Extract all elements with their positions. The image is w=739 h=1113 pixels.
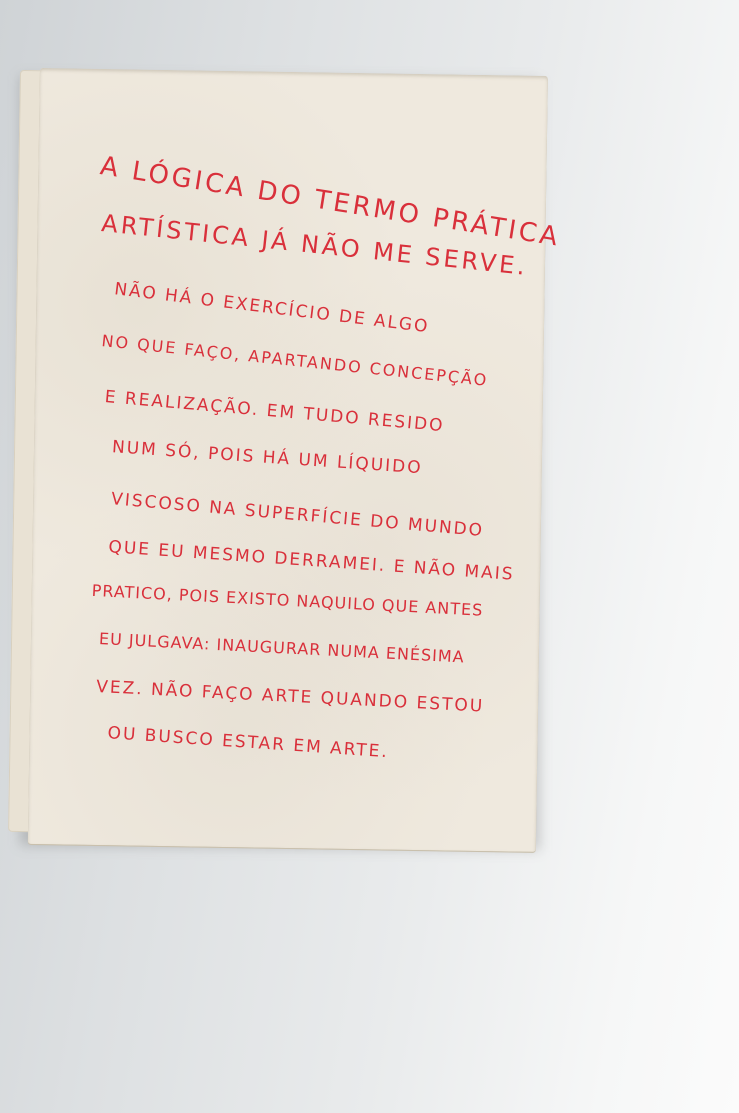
note-body-line: VEZ. NÃO FAÇO ARTE QUANDO ESTOU bbox=[96, 677, 485, 717]
note-body-line: OU BUSCO ESTAR EM ARTE. bbox=[107, 723, 389, 762]
note-body-line: NÃO HÁ O EXERCÍCIO DE ALGO bbox=[113, 279, 430, 337]
booklet-cover: A LÓGICA DO TERMO PRÁTICA ARTÍSTICA JÁ N… bbox=[28, 68, 548, 852]
note-body-line: VISCOSO NA SUPERFÍCIE DO MUNDO bbox=[110, 489, 484, 541]
note-body-line: NO QUE FAÇO, APARTANDO CONCEPÇÃO bbox=[101, 331, 489, 390]
note-body-line: QUE EU MESMO DERRAMEI. E NÃO MAIS bbox=[108, 537, 515, 585]
note-body-line: EU JULGAVA: INAUGURAR NUMA ENÉSIMA bbox=[99, 629, 466, 666]
note-body-line: E REALIZAÇÃO. EM TUDO RESIDO bbox=[104, 387, 445, 436]
note-body-line: PRATICO, POIS EXISTO NAQUILO QUE ANTES bbox=[91, 581, 483, 620]
note-body-line: NUM SÓ, POIS HÁ UM LÍQUIDO bbox=[111, 437, 423, 478]
handwritten-note: A LÓGICA DO TERMO PRÁTICA ARTÍSTICA JÁ N… bbox=[28, 68, 548, 852]
scanned-booklet-scene: A LÓGICA DO TERMO PRÁTICA ARTÍSTICA JÁ N… bbox=[0, 0, 739, 1113]
